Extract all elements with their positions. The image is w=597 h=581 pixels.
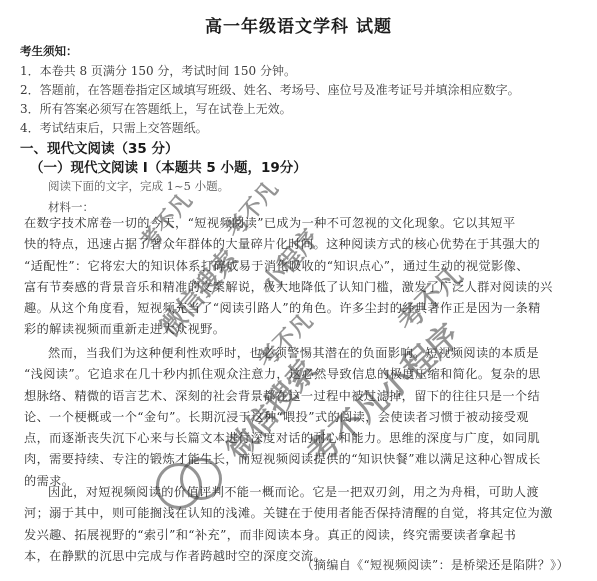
text-line: “浅阅读”。它追求在几十秒内抓住观众注意力，这必然导致信息的极度压缩和简化。复杂… [24, 364, 577, 385]
text-line: 趣。从这个角度看，短视频充当了“阅读引路人”的角色。许多尘封的经典著作正是因为一… [24, 298, 577, 319]
text-line: 发兴趣、拓展视野的“索引”和“补充”，而非阅读本身。真正的阅读，终究需要读者拿起… [24, 525, 577, 546]
text-line: 因此，对短视频阅读的价值评判不能一概而论。它是一把双刃剑，用之为舟楫，可助人渡 [24, 482, 577, 503]
text-line: 肉，需要持续、专注的锻炼才能生长，而短视频阅读提供的“知识快餐”难以满足这种心智… [24, 449, 577, 470]
text-line: 点，而逐渐丧失沉下心来与长篇文本进行深度对话的耐心和能力。思维的深度与广度，如同… [24, 428, 577, 449]
paragraph-2: 然而，当我们为这种便利性欢呼时，也必须警惕其潜在的负面影响。短视频阅读的本质是 … [24, 343, 577, 492]
text-line: 彩的解读视频而重新走进大众视野。 [24, 319, 577, 340]
exam-page: 高一年级语文学科 试题 考生须知： 1．本卷共 8 页满分 150 分，考试时间… [0, 0, 597, 581]
notice-heading: 考生须知： [20, 43, 78, 59]
reading-instruction: 阅读下面的文字，完成 1~5 小题。 [48, 178, 229, 194]
text-line: “适配性”：它将宏大的知识体系打碎成易于消化吸收的“知识点心”，通过生动的视觉影… [24, 256, 577, 277]
notice-item: 4．考试结束后，只需上交答题纸。 [20, 119, 208, 136]
text-line: 快的特点，迅速占据了著众年群体的大量碎片化时间。这种阅读方式的核心优势在于其强大… [24, 234, 577, 255]
paragraph-3: 因此，对短视频阅读的价值评判不能一概而论。它是一把双刃剑，用之为舟楫，可助人渡 … [24, 482, 577, 567]
notice-item: 2．答题前，在答题卷指定区域填写班级、姓名、考场号、座位号及准考证号并填涂相应数… [20, 81, 520, 98]
page-title: 高一年级语文学科 试题 [0, 12, 597, 37]
wechat-bubble-icon [180, 458, 222, 500]
paragraph-1: 在数字技术席卷一切的今天，“短视频阅读”已成为一种不可忽视的文化现象。它以其短平… [24, 213, 577, 341]
subsection-heading: （一）现代文阅读 Ⅰ（本题共 5 小题，19分） [30, 156, 307, 176]
source-citation: （摘编自《“短视频阅读”：是桥梁还是陷阱？》） [302, 556, 569, 573]
notice-item: 1．本卷共 8 页满分 150 分，考试时间 150 分钟。 [20, 62, 296, 79]
text-line: 想脉络、精微的语言艺术、深刻的社会背景都在这一过程中被过滤掉，留下的往往只是一个… [24, 386, 577, 407]
text-line: 在数字技术席卷一切的今天，“短视频阅读”已成为一种不可忽视的文化现象。它以其短平 [24, 213, 577, 234]
text-line: 富有节奏感的背景音乐和精准的文案解说，极大地降低了认知门槛，激发了广泛人群对阅读… [24, 277, 577, 298]
text-line: 论、一个梗概或一个“金句”。长期沉浸于这种“喂投”式的阅读，会使读者习惯于被动接… [24, 407, 577, 428]
notice-item: 3．所有答案必须写在答题纸上，写在试卷上无效。 [20, 100, 292, 117]
text-line: 河；溺于其中，则可能搁浅在认知的浅滩。关键在于使用者能否保持清醒的自觉，将其定位… [24, 503, 577, 524]
section-heading: 一、现代文阅读（35 分） [20, 137, 179, 157]
text-line: 然而，当我们为这种便利性欢呼时，也必须警惕其潜在的负面影响。短视频阅读的本质是 [24, 343, 577, 364]
